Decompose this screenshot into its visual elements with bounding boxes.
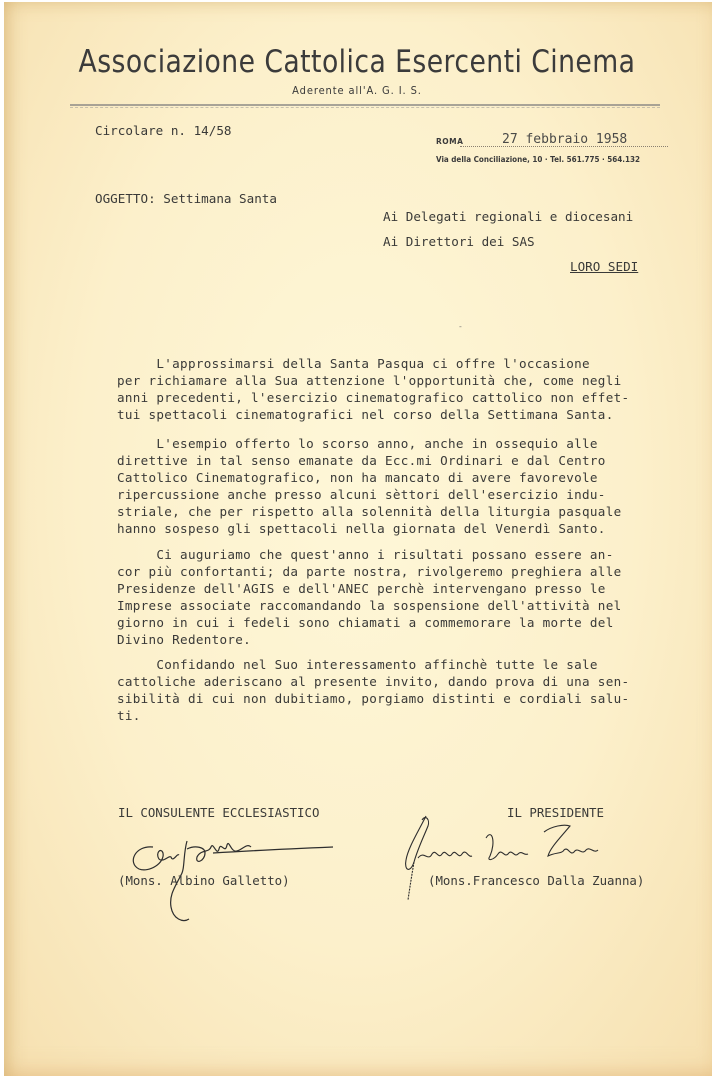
signatory-left-name: (Mons. Albino Galletto) — [118, 873, 290, 888]
loro-sedi: LORO SEDI — [570, 259, 638, 274]
body-line: ti. — [117, 708, 141, 723]
body-line: Confidando nel Suo interessamento affinc… — [117, 657, 598, 672]
recipient-line: Ai Direttori dei SAS — [383, 234, 535, 249]
signatory-right-name: (Mons.Francesco Dalla Zuanna) — [428, 873, 644, 888]
body-line: cattoliche aderiscano al presente invito… — [117, 674, 629, 689]
body-line: Imprese associate raccomandando la sospe… — [117, 598, 621, 613]
body-line: tui spettacoli cinematografici nel corso… — [117, 407, 614, 422]
body-line: direttive in tal senso emanate da Ecc.mi… — [117, 453, 606, 468]
body-line: L'esempio offerto lo scorso anno, anche … — [117, 436, 598, 451]
signature-dalla-zuanna-icon — [398, 812, 618, 912]
letterhead-title: Associazione Cattolica Esercenti Cinema — [50, 44, 664, 80]
body-line: striale, che per rispetto alla solennità… — [117, 504, 621, 519]
subject-line: OGGETTO: Settimana Santa — [95, 191, 277, 206]
city-label: ROMA — [436, 137, 463, 146]
body-line: Ci auguriamo che quest'anno i risultati … — [117, 547, 614, 562]
body-line: per richiamare alla Sua attenzione l'opp… — [117, 373, 621, 388]
sender-address: Via della Conciliazione, 10 · Tel. 561.7… — [436, 155, 640, 164]
body-line: Presidenze dell'AGIS e dell'ANEC perchè … — [117, 581, 606, 596]
letter-date: 27 febbraio 1958 — [502, 132, 627, 147]
circular-number: Circolare n. 14/58 — [95, 123, 231, 138]
paper-speck: - — [458, 322, 463, 331]
letterhead-divider-secondary — [70, 107, 660, 108]
body-line: anni precedenti, l'esercizio cinematogra… — [117, 390, 629, 405]
body-line: sibilità di cui non dubitiamo, porgiamo … — [117, 691, 629, 706]
body-line: hanno sospeso gli spettacoli nella giorn… — [117, 521, 606, 536]
letterhead-subtitle: Aderente all'A. G. I. S. — [36, 84, 679, 97]
body-line: Cattolico Cinematografico, non ha mancat… — [117, 470, 598, 485]
body-line: ripercussione anche presso alcuni sèttor… — [117, 487, 606, 502]
body-line: cor più confortanti; da parte nostra, ri… — [117, 564, 621, 579]
body-line: L'approssimarsi della Santa Pasqua ci of… — [117, 356, 590, 371]
signatory-left-title: IL CONSULENTE ECCLESIASTICO — [118, 805, 319, 820]
body-line: Divino Redentore. — [117, 632, 251, 647]
body-line: giorno in cui i fedeli sono chiamati a c… — [117, 615, 614, 630]
recipient-line: Ai Delegati regionali e diocesani — [383, 209, 633, 224]
letterhead-divider — [70, 104, 660, 106]
